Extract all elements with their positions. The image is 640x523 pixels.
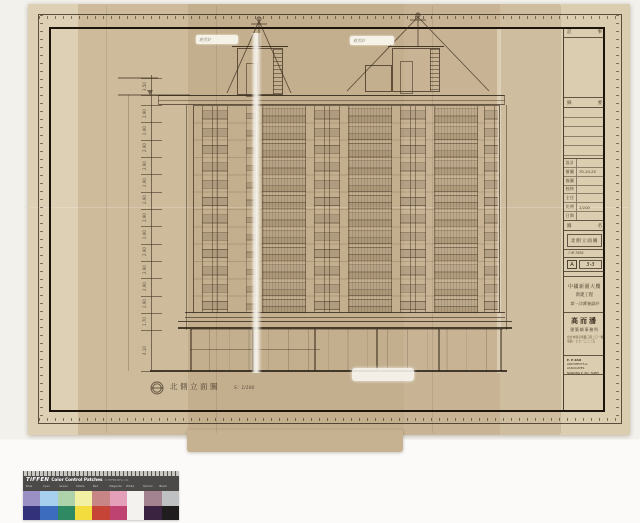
color-control-strip: TiFFEN Color Control Patches © TIFFEN MF… [23, 471, 179, 520]
dimension-label: 2.90 [142, 109, 147, 118]
dimension-label: 3.50 [142, 82, 147, 91]
dimension-label: 1.70 [142, 317, 147, 326]
dimension-tick [141, 122, 162, 123]
color-patch [40, 491, 57, 506]
dimension-tick [141, 226, 162, 227]
dimension-label: 2.90 [142, 143, 147, 152]
dimension-label: 2.90 [142, 282, 147, 291]
color-patch [58, 506, 75, 521]
dimension-label: 2.90 [142, 247, 147, 256]
dimension-label: 2.90 [142, 126, 147, 135]
header-char: 圖 [567, 223, 572, 229]
info-row: 繪圖70.10.25 [564, 168, 605, 177]
header-char: 要 [598, 100, 603, 106]
color-patch [40, 506, 57, 521]
strip-subtitle: © TIFFEN MFG. CO. [104, 479, 128, 482]
patch-label: 3/Color [143, 484, 160, 488]
sheet-number-cell: A 3-3 [564, 258, 605, 272]
annotation-text: 避雷針 [196, 35, 238, 44]
sheet-number-box: 3-3 [579, 260, 602, 269]
info-row: 描圖 [564, 177, 605, 186]
dimension-tick [141, 244, 162, 245]
color-patch [127, 506, 144, 521]
patch-row-pastel [23, 491, 179, 506]
info-table-cell: 設計繪圖70.10.25描圖校核主任比例1/100日期 [564, 159, 605, 221]
dimension-tick [141, 278, 162, 279]
color-patch [75, 491, 92, 506]
notes-cell [564, 38, 605, 98]
dimension-tick [141, 296, 162, 297]
job-number-cell: 工番 7601 [564, 250, 605, 258]
firm-cell: 高而潘 建築師事務所 台北市南京東路三段二〇一號 電話：七七一三二二五 [564, 313, 605, 356]
strip-brand-line: TiFFEN Color Control Patches © TIFFEN MF… [26, 477, 176, 483]
color-patch [92, 491, 109, 506]
revision-row [564, 108, 605, 118]
erasure-patch [352, 368, 414, 381]
dimension-tick [141, 140, 162, 141]
info-row: 校核 [564, 186, 605, 195]
empty-cell [564, 375, 605, 412]
revision-row [564, 137, 605, 147]
dimension-label: 2.90 [142, 230, 147, 239]
dimension-label: 2.90 [142, 178, 147, 187]
dimension-tick [141, 174, 162, 175]
revision-row [564, 146, 605, 156]
info-row: 日期 [564, 212, 605, 221]
dimension-label: 2.90 [142, 265, 147, 274]
project-line: 第一次實施設計 [564, 301, 605, 307]
drawing-caption: 北側立面圖 [170, 381, 220, 392]
firm-address: 台北市南京東路三段二〇一號 電話：七七一三二二五 [564, 333, 605, 343]
job-number: 工番 7601 [564, 250, 605, 256]
color-patch [162, 491, 179, 506]
header-char: 事 [598, 29, 603, 35]
project-line: 新建工程 [564, 292, 605, 298]
patch-row-saturated [23, 506, 179, 521]
firm-english-cell: E. P. KAO ARCHITECTS & ASSOCIATES NANKIN… [564, 356, 605, 375]
drawing-name-cell: 北側立面圖 [564, 231, 605, 250]
address-line: 電話：七七一三二二五 [567, 339, 605, 343]
color-patch [127, 491, 144, 506]
color-patch [92, 506, 109, 521]
revision-row [564, 127, 605, 137]
patch-labels-row: BlueCyanGreenYellowRedMagentaWhite3/Colo… [26, 484, 176, 488]
revision-row [564, 118, 605, 128]
dimension-label: 2.90 [142, 195, 147, 204]
rooftop-annotation-left: 避雷針 [196, 35, 238, 44]
patch-label: Magenta [109, 484, 126, 488]
project-title-cell: 中國新園大樓 新建工程 第一次實施設計 [564, 277, 605, 313]
info-row: 設計 [564, 159, 605, 168]
patch-label: Cyan [43, 484, 60, 488]
annotation-text: 避雷針 [350, 36, 394, 45]
dimension-tick [141, 157, 162, 158]
color-patch [144, 506, 161, 521]
firm-name: 高而潘 [564, 316, 605, 326]
strip-title: Color Control Patches [51, 477, 102, 482]
title-block-header: 圖 名 [564, 221, 605, 231]
color-patch [110, 491, 127, 506]
color-patch [75, 506, 92, 521]
dimension-tick [141, 330, 162, 331]
patch-label: White [126, 484, 143, 488]
dimension-label: 2.90 [142, 213, 147, 222]
dimension-tick [141, 78, 162, 79]
patch-label: Red [93, 484, 110, 488]
title-block-header: 摘 要 [564, 98, 605, 108]
dimension-label: 4.10 [142, 346, 147, 355]
color-patch [23, 506, 40, 521]
scanned-drawing-page: { "document": { "drawing": { "caption": … [0, 0, 640, 523]
drawing-name-box: 北側立面圖 [567, 234, 602, 247]
dimension-tick [141, 261, 162, 262]
rooftop-annotation-right: 避雷針 [350, 36, 394, 45]
info-row: 比例1/100 [564, 203, 605, 212]
color-patch [110, 506, 127, 521]
dimension-label: 2.90 [142, 161, 147, 170]
dimension-label: 2.90 [142, 299, 147, 308]
dimension-tick [141, 95, 162, 96]
patch-label: Black [159, 484, 176, 488]
tiffen-logo: TiFFEN [26, 477, 49, 483]
title-block-header: 記 事 [564, 27, 605, 38]
strip-header-bar: TiFFEN Color Control Patches © TIFFEN MF… [23, 476, 179, 491]
patch-label: Green [59, 484, 76, 488]
color-patch [162, 506, 179, 521]
color-patch [58, 491, 75, 506]
dimension-tick [141, 105, 162, 106]
info-row: 主任 [564, 194, 605, 203]
dimension-ticks-layer: 3.502.902.902.902.902.902.902.902.902.90… [0, 0, 640, 523]
dimension-tick [141, 313, 162, 314]
color-patch [23, 491, 40, 506]
header-char: 記 [567, 29, 572, 35]
tape-streak [251, 33, 262, 373]
firm-type: 建築師事務所 [564, 327, 605, 333]
patch-label: Blue [26, 484, 43, 488]
title-block: 記 事 摘 要 設計繪圖70.10.25描圖校核主任比例1/100日期 圖 名 … [564, 27, 605, 412]
dimension-tick [141, 371, 162, 372]
project-line: 中國新園大樓 [564, 283, 605, 290]
sheet-class-box: A [567, 260, 577, 269]
color-patch [144, 491, 161, 506]
patch-label: Yellow [76, 484, 93, 488]
dimension-tick [141, 209, 162, 210]
firm-english-line: ARCHITECTS & ASSOCIATES [567, 362, 602, 370]
drawing-scale: S：1/100 [234, 385, 254, 391]
header-char: 名 [598, 223, 603, 229]
revision-rows-cell [564, 108, 605, 159]
dimension-tick [141, 192, 162, 193]
header-char: 摘 [567, 100, 572, 106]
